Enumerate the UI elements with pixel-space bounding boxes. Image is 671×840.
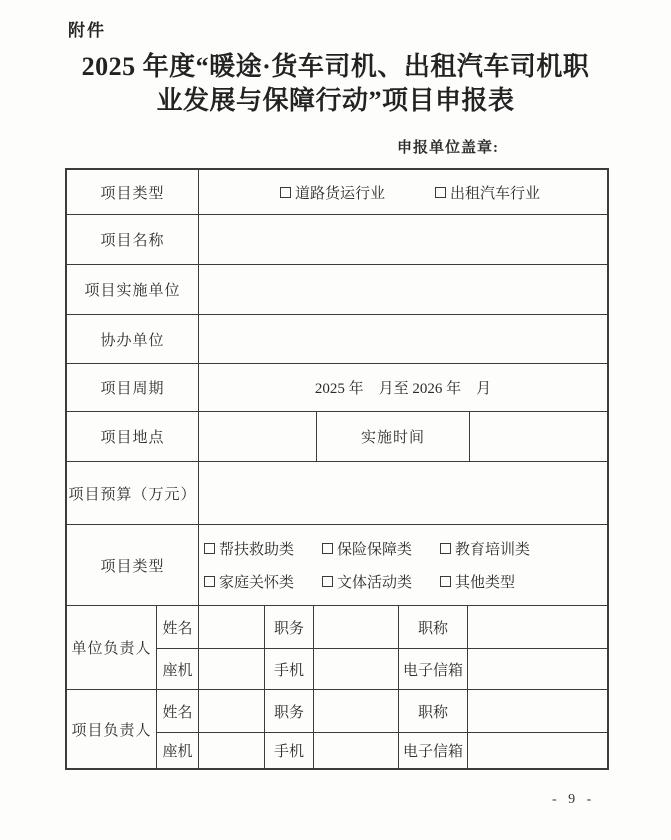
- unit-leader-position-label: 职务: [265, 606, 314, 648]
- row-project-category: 项目类型 帮扶救助类 保险保障类 教育培训类: [67, 525, 607, 606]
- unit-leader-title-value-cell[interactable]: [468, 606, 607, 648]
- row-project-industry: 项目类型 道路货运行业 出租汽车行业: [67, 170, 607, 215]
- unit-leader-fields: 姓名 职务 职称 座机 手机 电子信箱: [157, 606, 607, 689]
- project-name-label: 项目名称: [67, 215, 199, 264]
- checkbox-family-care-icon[interactable]: [204, 576, 215, 587]
- project-leader-position-value-cell[interactable]: [314, 690, 399, 732]
- option-assistance[interactable]: 帮扶救助类: [204, 538, 322, 559]
- row-co-organizer: 协办单位: [67, 315, 607, 364]
- project-leader-landline-label: 座机: [157, 733, 199, 768]
- project-leader-fields: 姓名 职务 职称 座机 手机 电子信箱: [157, 690, 607, 768]
- unit-leader-position-value-cell[interactable]: [314, 606, 399, 648]
- project-leader-email-value-cell[interactable]: [468, 733, 607, 768]
- project-category-options: 帮扶救助类 保险保障类 教育培训类 家庭关怀类: [199, 525, 607, 605]
- option-education-label: 教育培训类: [455, 538, 530, 559]
- project-leader-landline-value-cell[interactable]: [199, 733, 265, 768]
- option-taxi-label: 出租汽车行业: [450, 182, 540, 203]
- row-project-budget: 项目预算（万元）: [67, 462, 607, 525]
- row-project-location: 项目地点 实施时间: [67, 412, 607, 462]
- project-budget-value-cell[interactable]: [199, 462, 607, 524]
- row-implementing-unit: 项目实施单位: [67, 265, 607, 315]
- checkbox-assistance-icon[interactable]: [204, 543, 215, 554]
- checkbox-taxi-icon[interactable]: [435, 187, 446, 198]
- option-taxi[interactable]: 出租汽车行业: [435, 182, 540, 203]
- unit-leader-name-label: 姓名: [157, 606, 199, 648]
- unit-leader-row-2: 座机 手机 电子信箱: [157, 649, 607, 689]
- project-leader-mobile-value-cell[interactable]: [314, 733, 399, 768]
- option-road-freight[interactable]: 道路货运行业: [280, 182, 385, 203]
- option-assistance-label: 帮扶救助类: [219, 538, 294, 559]
- title-line-2: 业发展与保障行动”项目申报表: [20, 84, 651, 118]
- row-project-name: 项目名称: [67, 215, 607, 265]
- project-leader-row-1: 姓名 职务 职称: [157, 690, 607, 733]
- row-project-period: 项目周期 2025 年 月至 2026 年 月: [67, 364, 607, 412]
- option-road-freight-label: 道路货运行业: [295, 182, 385, 203]
- unit-leader-mobile-label: 手机: [265, 649, 314, 689]
- option-culture-sports-label: 文体活动类: [337, 571, 412, 592]
- project-leader-title-label: 职称: [399, 690, 468, 732]
- implementing-unit-label: 项目实施单位: [67, 265, 199, 314]
- category-options-line-1: 帮扶救助类 保险保障类 教育培训类: [204, 538, 558, 559]
- project-industry-label: 项目类型: [67, 170, 199, 214]
- project-industry-options: 道路货运行业 出租汽车行业: [199, 170, 607, 214]
- option-other-type[interactable]: 其他类型: [440, 571, 558, 592]
- project-leader-mobile-label: 手机: [265, 733, 314, 768]
- option-other-type-label: 其他类型: [455, 571, 515, 592]
- project-leader-title-value-cell[interactable]: [468, 690, 607, 732]
- co-organizer-value-cell[interactable]: [199, 315, 607, 363]
- project-leader-name-value-cell[interactable]: [199, 690, 265, 732]
- checkbox-insurance-icon[interactable]: [322, 543, 333, 554]
- project-leader-position-label: 职务: [265, 690, 314, 732]
- project-leader-email-label: 电子信箱: [399, 733, 468, 768]
- option-insurance[interactable]: 保险保障类: [322, 538, 440, 559]
- page-number: - 9 -: [552, 792, 595, 808]
- application-form-table: 项目类型 道路货运行业 出租汽车行业 项目名称 项目实施单位: [65, 168, 609, 770]
- implementation-time-value-cell[interactable]: [470, 412, 607, 461]
- co-organizer-label: 协办单位: [67, 315, 199, 363]
- document-page: 附件 2025 年度“暖途·货车司机、出租汽车司机职 业发展与保障行动”项目申报…: [0, 0, 671, 840]
- checkbox-culture-sports-icon[interactable]: [322, 576, 333, 587]
- unit-leader-label: 单位负责人: [67, 606, 157, 689]
- group-unit-leader: 单位负责人 姓名 职务 职称 座机 手机 电子信箱: [67, 606, 607, 690]
- unit-leader-name-value-cell[interactable]: [199, 606, 265, 648]
- option-culture-sports[interactable]: 文体活动类: [322, 571, 440, 592]
- project-period-label: 项目周期: [67, 364, 199, 411]
- project-budget-label: 项目预算（万元）: [67, 462, 199, 524]
- unit-leader-email-label: 电子信箱: [399, 649, 468, 689]
- project-name-value-cell[interactable]: [199, 215, 607, 264]
- group-project-leader: 项目负责人 姓名 职务 职称 座机 手机 电子信箱: [67, 690, 607, 768]
- document-title: 2025 年度“暖途·货车司机、出租汽车司机职 业发展与保障行动”项目申报表: [20, 50, 651, 118]
- unit-leader-landline-label: 座机: [157, 649, 199, 689]
- option-family-care[interactable]: 家庭关怀类: [204, 571, 322, 592]
- unit-leader-title-label: 职称: [399, 606, 468, 648]
- unit-leader-landline-value-cell[interactable]: [199, 649, 265, 689]
- option-insurance-label: 保险保障类: [337, 538, 412, 559]
- implementing-unit-value-cell[interactable]: [199, 265, 607, 314]
- project-leader-name-label: 姓名: [157, 690, 199, 732]
- checkbox-education-icon[interactable]: [440, 543, 451, 554]
- option-education[interactable]: 教育培训类: [440, 538, 558, 559]
- title-line-1: 2025 年度“暖途·货车司机、出租汽车司机职: [20, 50, 651, 84]
- project-leader-label: 项目负责人: [67, 690, 157, 768]
- checkbox-other-type-icon[interactable]: [440, 576, 451, 587]
- unit-leader-email-value-cell[interactable]: [468, 649, 607, 689]
- checkbox-road-freight-icon[interactable]: [280, 187, 291, 198]
- unit-leader-mobile-value-cell[interactable]: [314, 649, 399, 689]
- category-options-line-2: 家庭关怀类 文体活动类 其他类型: [204, 571, 558, 592]
- seal-instruction-label: 申报单位盖章:: [397, 136, 499, 157]
- project-leader-row-2: 座机 手机 电子信箱: [157, 733, 607, 768]
- attachment-label: 附件: [68, 16, 106, 41]
- unit-leader-row-1: 姓名 职务 职称: [157, 606, 607, 649]
- project-location-label: 项目地点: [67, 412, 199, 461]
- option-family-care-label: 家庭关怀类: [219, 571, 294, 592]
- project-period-value-cell[interactable]: 2025 年 月至 2026 年 月: [199, 364, 607, 411]
- project-location-value-cell[interactable]: [199, 412, 317, 461]
- project-category-label: 项目类型: [67, 525, 199, 605]
- implementation-time-label: 实施时间: [317, 412, 470, 461]
